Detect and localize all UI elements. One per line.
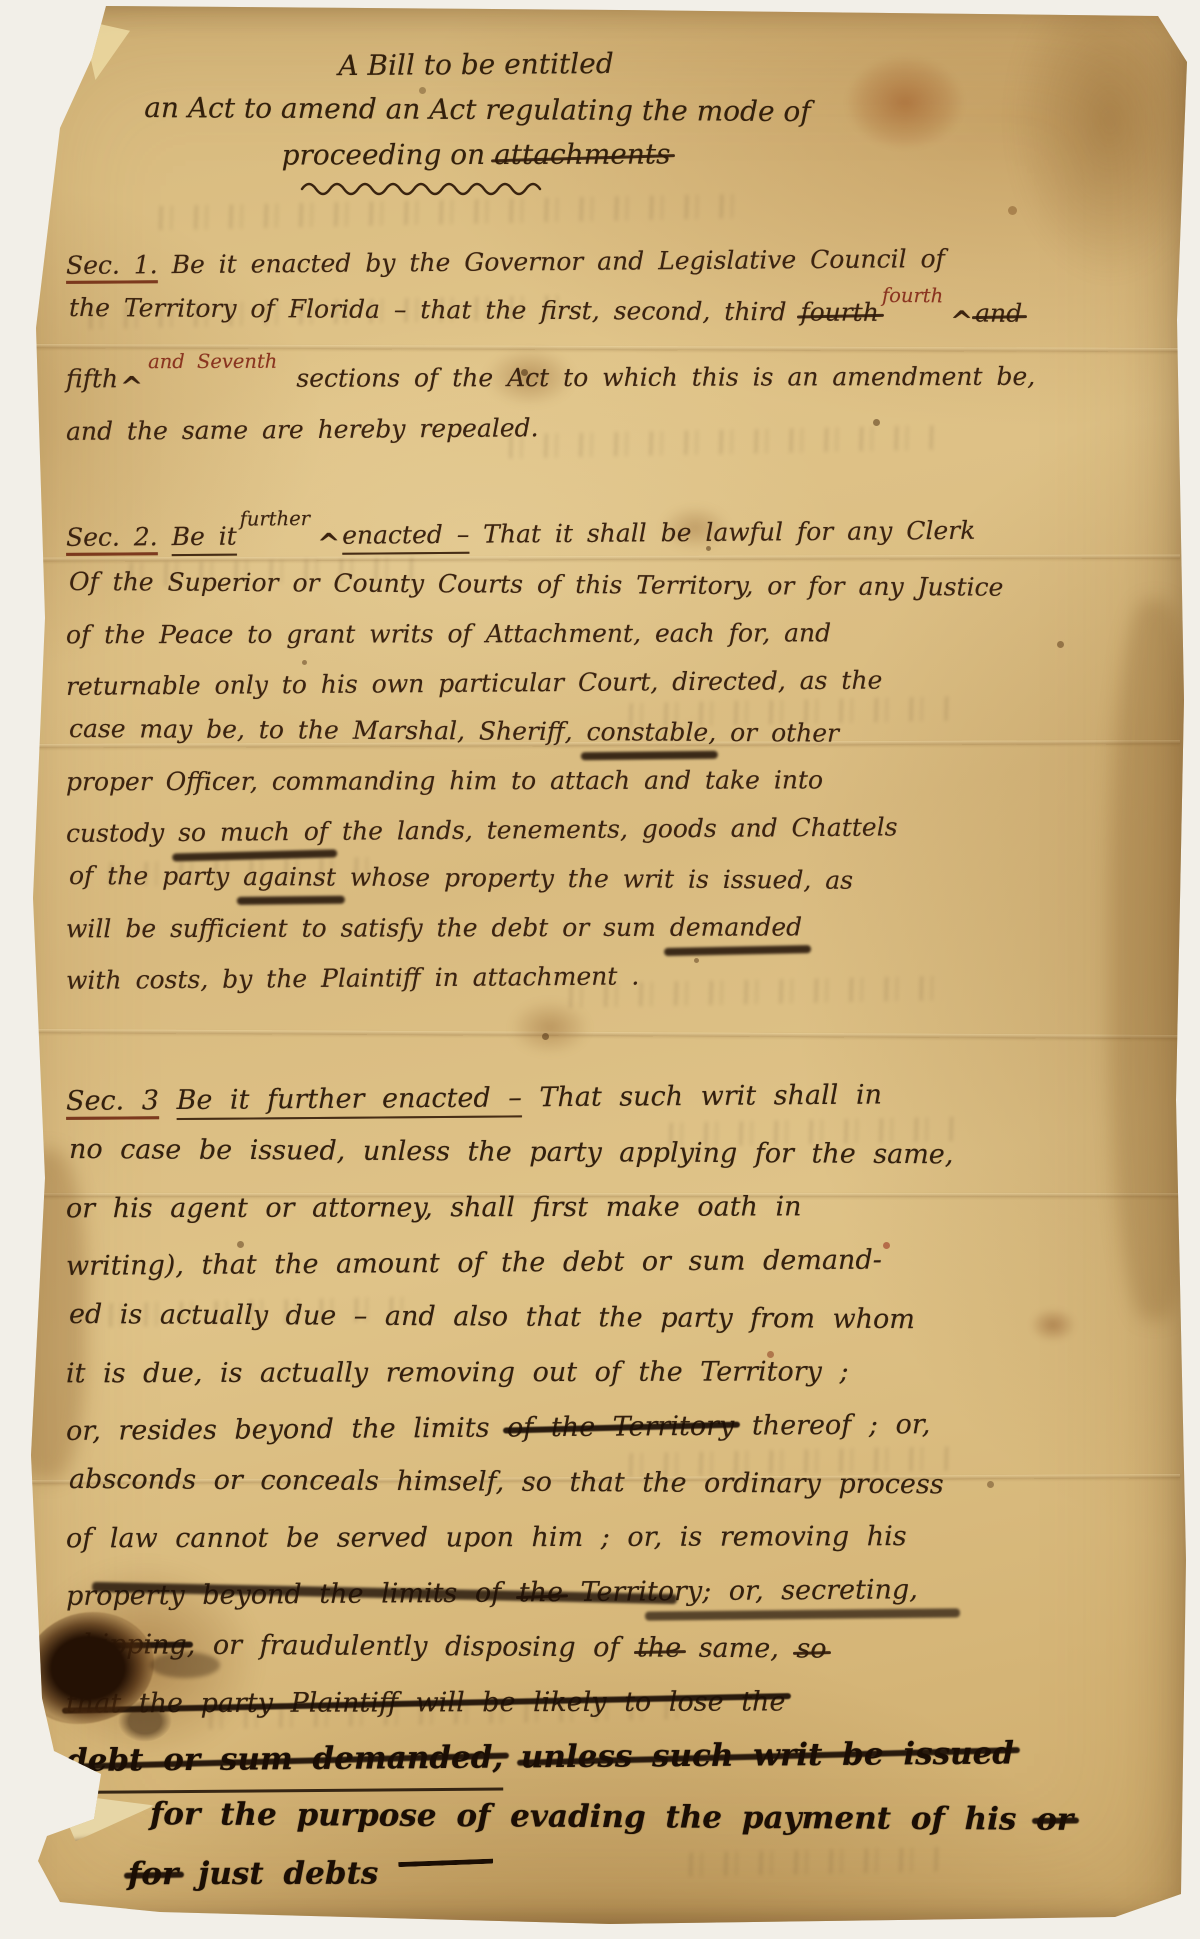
section-sec2: Sec. 2. Be itfurther^enacted – That it s… — [66, 509, 1066, 1001]
text-segment — [158, 522, 172, 551]
manuscript-line: shipping, or fraudulently disposing of t… — [69, 1617, 1066, 1678]
manuscript-line: of law cannot be served upon him ; or, i… — [66, 1509, 1066, 1567]
text-segment: whose property the writ is issued, as — [336, 863, 853, 895]
manuscript-line: debt or sum demanded, unless such writ b… — [66, 1726, 1066, 1794]
smeared-text: so much of — [178, 807, 328, 857]
struck-bold-text: unless such writ be issued — [521, 1726, 1015, 1785]
struck-text: that the party Plaintiff will be likely … — [66, 1674, 786, 1731]
section-label: Sec. 2. — [66, 522, 158, 552]
section-sec3: Sec. 3 Be it further enacted – That such… — [66, 1070, 1066, 1902]
smeared-text: demanded — [670, 902, 802, 951]
text-segment: That it shall be lawful for any Clerk — [469, 516, 975, 549]
text-segment: Of the Superior or County Courts of this… — [69, 567, 1004, 602]
manuscript-line: proceeding on attachments — [66, 131, 886, 178]
text-segment: of the party — [69, 861, 243, 891]
text-segment: Be it enacted by the Governor and Legisl… — [158, 244, 945, 279]
text-segment: fifth — [66, 364, 118, 393]
manuscript-line: ed is actually due – and also that the p… — [69, 1287, 1066, 1348]
manuscript-line: custody so much of the lands, tenements,… — [66, 801, 1066, 858]
closing-dash: — — [398, 1845, 494, 1868]
inserted-text-red-ink: fourth — [882, 272, 944, 320]
section-label: Sec. 1. — [66, 250, 158, 280]
manuscript-line: an Act to amend an Act regulating the mo… — [69, 85, 886, 135]
struck-text: fourth — [800, 288, 879, 336]
underlined-text: enacted – — [342, 520, 469, 550]
insertion-caret: ^ — [950, 297, 973, 345]
manuscript-line: for just debts — — [128, 1845, 1066, 1903]
manuscript-line: for the purpose of evading the payment o… — [150, 1787, 1066, 1849]
text-segment: writing), that the amount of the debt or… — [66, 1245, 882, 1282]
manuscript-line: Sec. 3 Be it further enacted – That such… — [66, 1066, 1066, 1129]
manuscript-line: case may be, to the Marshal, Sheriff, co… — [69, 704, 1066, 759]
underlined-text: Be it — [172, 522, 237, 552]
manuscript-line: no case be issued, unless the party appl… — [69, 1122, 1066, 1183]
text-segment: proper Officer, commanding him to attach… — [66, 765, 823, 796]
manuscript-line: A Bill to be entitled — [66, 39, 886, 90]
struck-text: so — [796, 1621, 826, 1676]
text-segment: no case be issued, unless the party appl… — [69, 1134, 954, 1170]
text-segment: proceeding on — [282, 138, 495, 172]
text-segment: A Bill to be entitled — [338, 47, 614, 82]
manuscript-line: will be sufficient to satisfy the debt o… — [66, 902, 1066, 954]
section-sec1: Sec. 1. Be it enacted by the Governor an… — [66, 238, 1066, 452]
manuscript-line: or, resides beyond the limits of the Ter… — [66, 1396, 1066, 1459]
manuscript-text: A Bill to be entitledan Act to amend an … — [66, 42, 1066, 1902]
manuscript-line: the Territory of Florida – that the firs… — [69, 283, 1066, 340]
text-segment: the lands, tenements, goods and Chattels — [328, 812, 898, 845]
text-segment: That such writ shall in — [522, 1080, 882, 1114]
manuscript-line: of the party against whose property the … — [69, 851, 1066, 906]
scan-background: A Bill to be entitledan Act to amend an … — [0, 0, 1200, 1939]
struck-text: of the Territory — [507, 1399, 735, 1456]
manuscript-line: with costs, by the Plaintiff in attachme… — [66, 948, 1066, 1005]
text-segment: same, — [681, 1633, 796, 1665]
text-segment: absconds or conceals himself, so that th… — [69, 1464, 944, 1500]
text-segment: of the Peace to grant writs of Attachmen… — [66, 618, 831, 649]
struck-bold-text: for — [128, 1847, 179, 1902]
text-segment: the Territory of Florida – that the firs… — [69, 293, 801, 326]
inserted-text: further — [239, 494, 310, 544]
text-segment: returnable only to his own particular Co… — [66, 666, 883, 701]
text-segment: will be sufficient to satisfy the debt o… — [66, 913, 670, 944]
text-segment: thereof ; or, — [734, 1409, 930, 1442]
text-segment: or, resides beyond the limits — [66, 1412, 507, 1446]
text-segment: and the same are hereby repealed. — [66, 413, 539, 446]
struck-text: attachments — [494, 131, 671, 176]
manuscript-line: proper Officer, commanding him to attach… — [66, 755, 1066, 807]
text-segment: sections of the Act to which this is an … — [282, 362, 1035, 393]
struck-text: and — [975, 289, 1022, 337]
text-segment: of law cannot be served upon him ; or, i… — [66, 1521, 907, 1554]
bold-text: for the purpose of evading the payment o… — [150, 1796, 1036, 1837]
struck-text: the — [637, 1620, 682, 1675]
manuscript-line: of the Peace to grant writs of Attachmen… — [66, 608, 1066, 660]
text-segment: or his agent or attorney, shall first ma… — [66, 1191, 802, 1224]
text-segment — [159, 1085, 177, 1116]
text-segment: , or fraudulently disposing of — [187, 1630, 637, 1664]
text-segment: case may be, to the Marshal, Sheriff, — [69, 714, 587, 746]
text-segment: custody — [66, 818, 178, 848]
text-segment: Territory; or, secreting, — [563, 1574, 918, 1608]
manuscript-line: returnable only to his own particular Co… — [66, 654, 1066, 711]
manuscript-line: it is due, is actually removing out of t… — [66, 1344, 1066, 1402]
inserted-text-red-ink: and Seventh — [148, 338, 277, 386]
manuscript-line: fifth^and Seventh sections of the Act to… — [66, 352, 1066, 406]
paper-stain — [1110, 600, 1200, 1320]
insertion-caret: ^ — [120, 363, 143, 411]
manuscript-page: A Bill to be entitledan Act to amend an … — [0, 0, 1200, 1939]
text-segment: an Act to amend an Act regulating the mo… — [144, 91, 811, 128]
text-segment: , or other — [708, 718, 839, 748]
section-title: A Bill to be entitledan Act to amend an … — [66, 42, 886, 177]
underlined-text: Be it further enacted – — [176, 1082, 521, 1116]
ink-blot — [150, 1652, 220, 1678]
manuscript-line: that the party Plaintiff will be likely … — [66, 1674, 1066, 1732]
manuscript-line: Of the Superior or County Courts of this… — [69, 557, 1066, 612]
text-segment: with costs, by the Plaintiff in attachme… — [66, 961, 639, 995]
manuscript-line: or his agent or attorney, shall first ma… — [66, 1179, 1066, 1237]
section-label: Sec. 3 — [66, 1085, 159, 1117]
screenshot-root: { "palette": { "scan_background": "#f2ef… — [0, 0, 1200, 1939]
manuscript-line: absconds or conceals himself, so that th… — [69, 1452, 1066, 1513]
struck-bold-text: or — [1036, 1793, 1073, 1848]
text-segment: it is due, is actually removing out of t… — [66, 1356, 849, 1389]
text-segment: ed is actually due – and also that the p… — [69, 1299, 915, 1335]
smeared-text: constable — [586, 707, 708, 757]
manuscript-line: writing), that the amount of the debt or… — [66, 1231, 1066, 1294]
manuscript-line: Sec. 2. Be itfurther^enacted – That it s… — [66, 505, 1066, 564]
bold-text: just debts — [178, 1856, 398, 1893]
paper-specks — [0, 0, 5, 5]
manuscript-line: and the same are hereby repealed. — [66, 400, 1066, 456]
title-flourish — [300, 180, 550, 196]
smeared-text: against — [243, 852, 336, 902]
